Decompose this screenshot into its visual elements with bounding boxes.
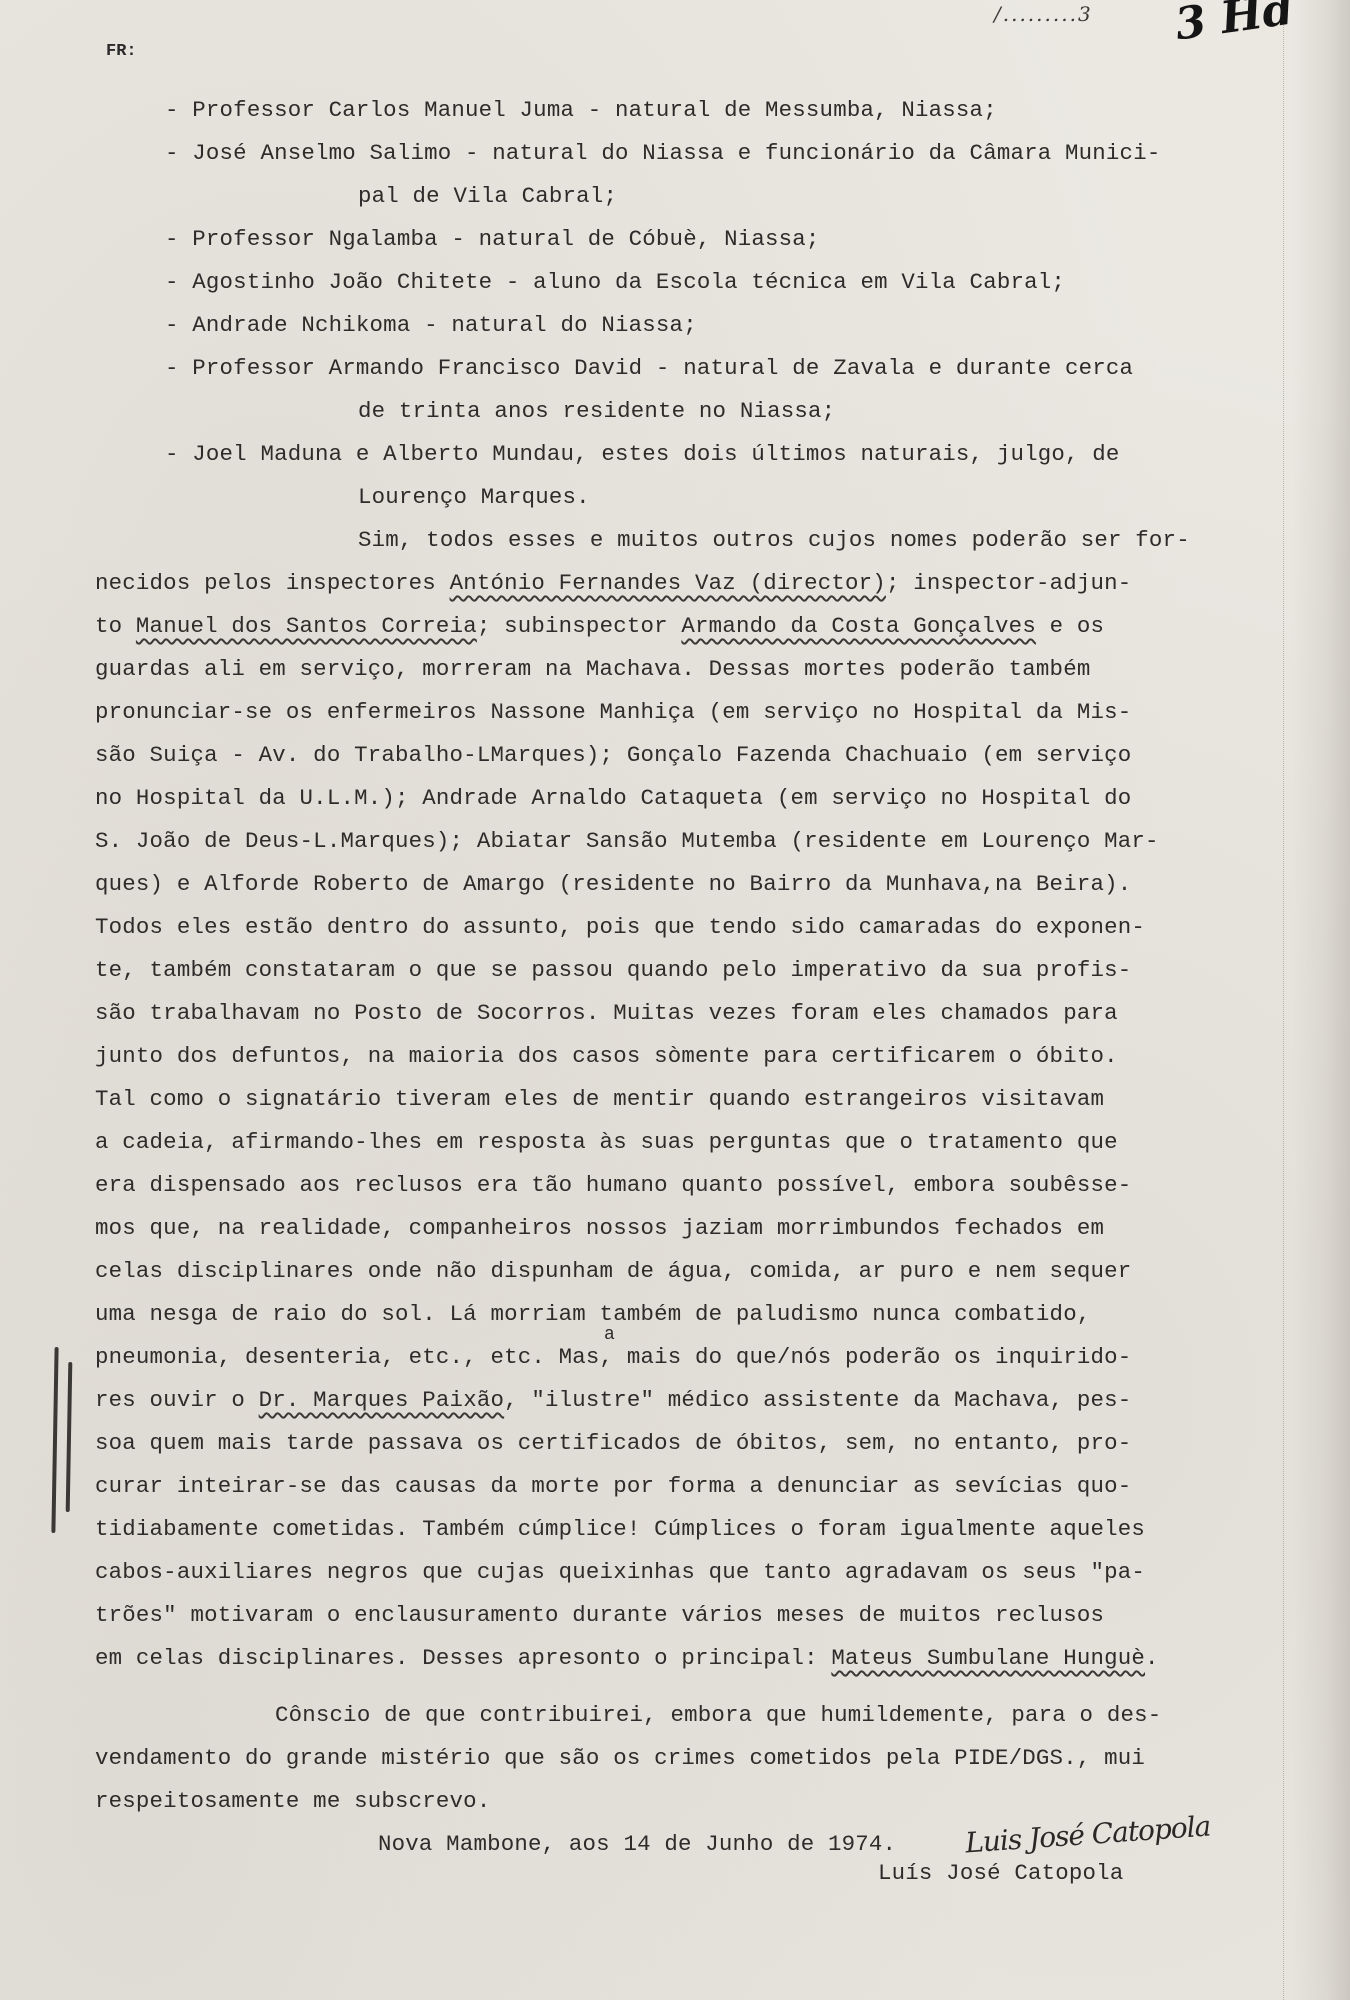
- paragraph-line: tidiabamente cometidas. Também cúmplice!…: [95, 1514, 1145, 1544]
- place-date: Nova Mambone, aos 14 de Junho de 1974.: [378, 1829, 896, 1859]
- paragraph-line: curar inteirar-se das causas da morte po…: [95, 1471, 1131, 1501]
- paragraph-line: Sim, todos esses e muitos outros cujos n…: [358, 525, 1190, 555]
- list-item: - Professor Carlos Manuel Juma - natural…: [165, 95, 997, 125]
- underlined-name-doctor: Dr. Marques Paixão: [259, 1387, 504, 1413]
- paragraph-line: vendamento do grande mistério que são os…: [95, 1743, 1145, 1773]
- paragraph-line: uma nesga de raio do sol. Lá morriam tam…: [95, 1299, 1090, 1329]
- paragraph-line: são trabalhavam no Posto de Socorros. Mu…: [95, 998, 1118, 1028]
- paragraph-line: mos que, na realidade, companheiros noss…: [95, 1213, 1104, 1243]
- list-item: - Agostinho João Chitete - aluno da Esco…: [165, 267, 1065, 297]
- paragraph-line: pronunciar-se os enfermeiros Nassone Man…: [95, 697, 1131, 727]
- reference-mark: FR:: [106, 42, 137, 61]
- underlined-name-deputy-inspector: Manuel dos Santos Correia: [136, 613, 477, 639]
- text-run: ; subinspector: [477, 613, 682, 639]
- paragraph-line: Todos eles estão dentro do assunto, pois…: [95, 912, 1145, 942]
- paragraph-line: Cônscio de que contribuirei, embora que …: [275, 1700, 1161, 1730]
- underlined-name-director: António Fernandes Vaz (director): [450, 570, 886, 596]
- handwritten-archive-mark: 3 Hd: [1172, 0, 1296, 51]
- text-run: e os: [1036, 613, 1104, 639]
- paragraph-line: trões" motivaram o enclausuramento duran…: [95, 1600, 1104, 1630]
- paragraph-line: em celas disciplinares. Desses apresonto…: [95, 1643, 1159, 1673]
- text-run: necidos pelos inspectores: [95, 570, 450, 596]
- list-item: - Professor Ngalamba - natural de Cóbuè,…: [165, 224, 820, 254]
- paragraph-line: Tal como o signatário tiveram eles de me…: [95, 1084, 1104, 1114]
- list-item-continuation: Lourenço Marques.: [358, 482, 590, 512]
- paragraph-line: to Manuel dos Santos Correia; subinspect…: [95, 611, 1104, 641]
- paragraph-line: res ouvir o Dr. Marques Paixão, "ilustre…: [95, 1385, 1131, 1415]
- page-number: /.........3: [994, 2, 1093, 26]
- list-item-continuation: pal de Vila Cabral;: [358, 181, 617, 211]
- paragraph-line: junto dos defuntos, na maioria dos casos…: [95, 1041, 1118, 1071]
- paragraph-line: necidos pelos inspectores António Fernan…: [95, 568, 1131, 598]
- list-item: - Joel Maduna e Alberto Mundau, estes do…: [165, 439, 1120, 469]
- document-page: /.........3 3 Hd FR: - Professor Carlos …: [0, 0, 1350, 2000]
- underlined-name-subinspector: Armando da Costa Gonçalves: [681, 613, 1036, 639]
- paragraph-line: ques) e Alforde Roberto de Amargo (resid…: [95, 869, 1131, 899]
- typed-signatory-name: Luís José Catopola: [878, 1858, 1123, 1888]
- paragraph-line: era dispensado aos reclusos era tão huma…: [95, 1170, 1131, 1200]
- list-item: - Andrade Nchikoma - natural do Niassa;: [165, 310, 697, 340]
- text-run: , "ilustre" médico assistente da Machava…: [504, 1387, 1131, 1413]
- paragraph-line: soa quem mais tarde passava os certifica…: [95, 1428, 1131, 1458]
- paragraph-line: cabos-auxiliares negros que cujas queixi…: [95, 1557, 1145, 1587]
- paragraph-line: te, também constataram o que se passou q…: [95, 955, 1131, 985]
- paragraph-line: a cadeia, afirmando-lhes em resposta às …: [95, 1127, 1118, 1157]
- paragraph-line: celas disciplinares onde não dispunham d…: [95, 1256, 1131, 1286]
- paper-fold-line: [1283, 0, 1285, 2000]
- text-run: res ouvir o: [95, 1387, 259, 1413]
- paper-edge-shadow: [1292, 0, 1350, 2000]
- paragraph-line: guardas ali em serviço, morreram na Mach…: [95, 654, 1090, 684]
- paragraph-line: pneumonia, desenteria, etc., etc. Mas, m…: [95, 1342, 1131, 1372]
- text-run: ; inspector-adjun-: [886, 570, 1131, 596]
- text-run: em celas disciplinares. Desses apresonto…: [95, 1645, 831, 1671]
- list-item: - José Anselmo Salimo - natural do Niass…: [165, 138, 1160, 168]
- paragraph-line: no Hospital da U.L.M.); Andrade Arnaldo …: [95, 783, 1131, 813]
- paragraph-line: respeitosamente me subscrevo.: [95, 1786, 490, 1816]
- margin-emphasis-mark: [51, 1347, 58, 1533]
- list-item-continuation: de trinta anos residente no Niassa;: [358, 396, 835, 426]
- paragraph-line: S. João de Deus-L.Marques); Abiatar Sans…: [95, 826, 1159, 856]
- margin-emphasis-mark: [66, 1362, 73, 1512]
- underlined-name-principal: Mateus Sumbulane Hunguè: [831, 1645, 1145, 1671]
- text-run: .: [1145, 1645, 1159, 1671]
- text-run: to: [95, 613, 136, 639]
- list-item: - Professor Armando Francisco David - na…: [165, 353, 1133, 383]
- paragraph-line: são Suiça - Av. do Trabalho-LMarques); G…: [95, 740, 1131, 770]
- handwritten-signature: Luis José Catopola: [964, 1809, 1211, 1859]
